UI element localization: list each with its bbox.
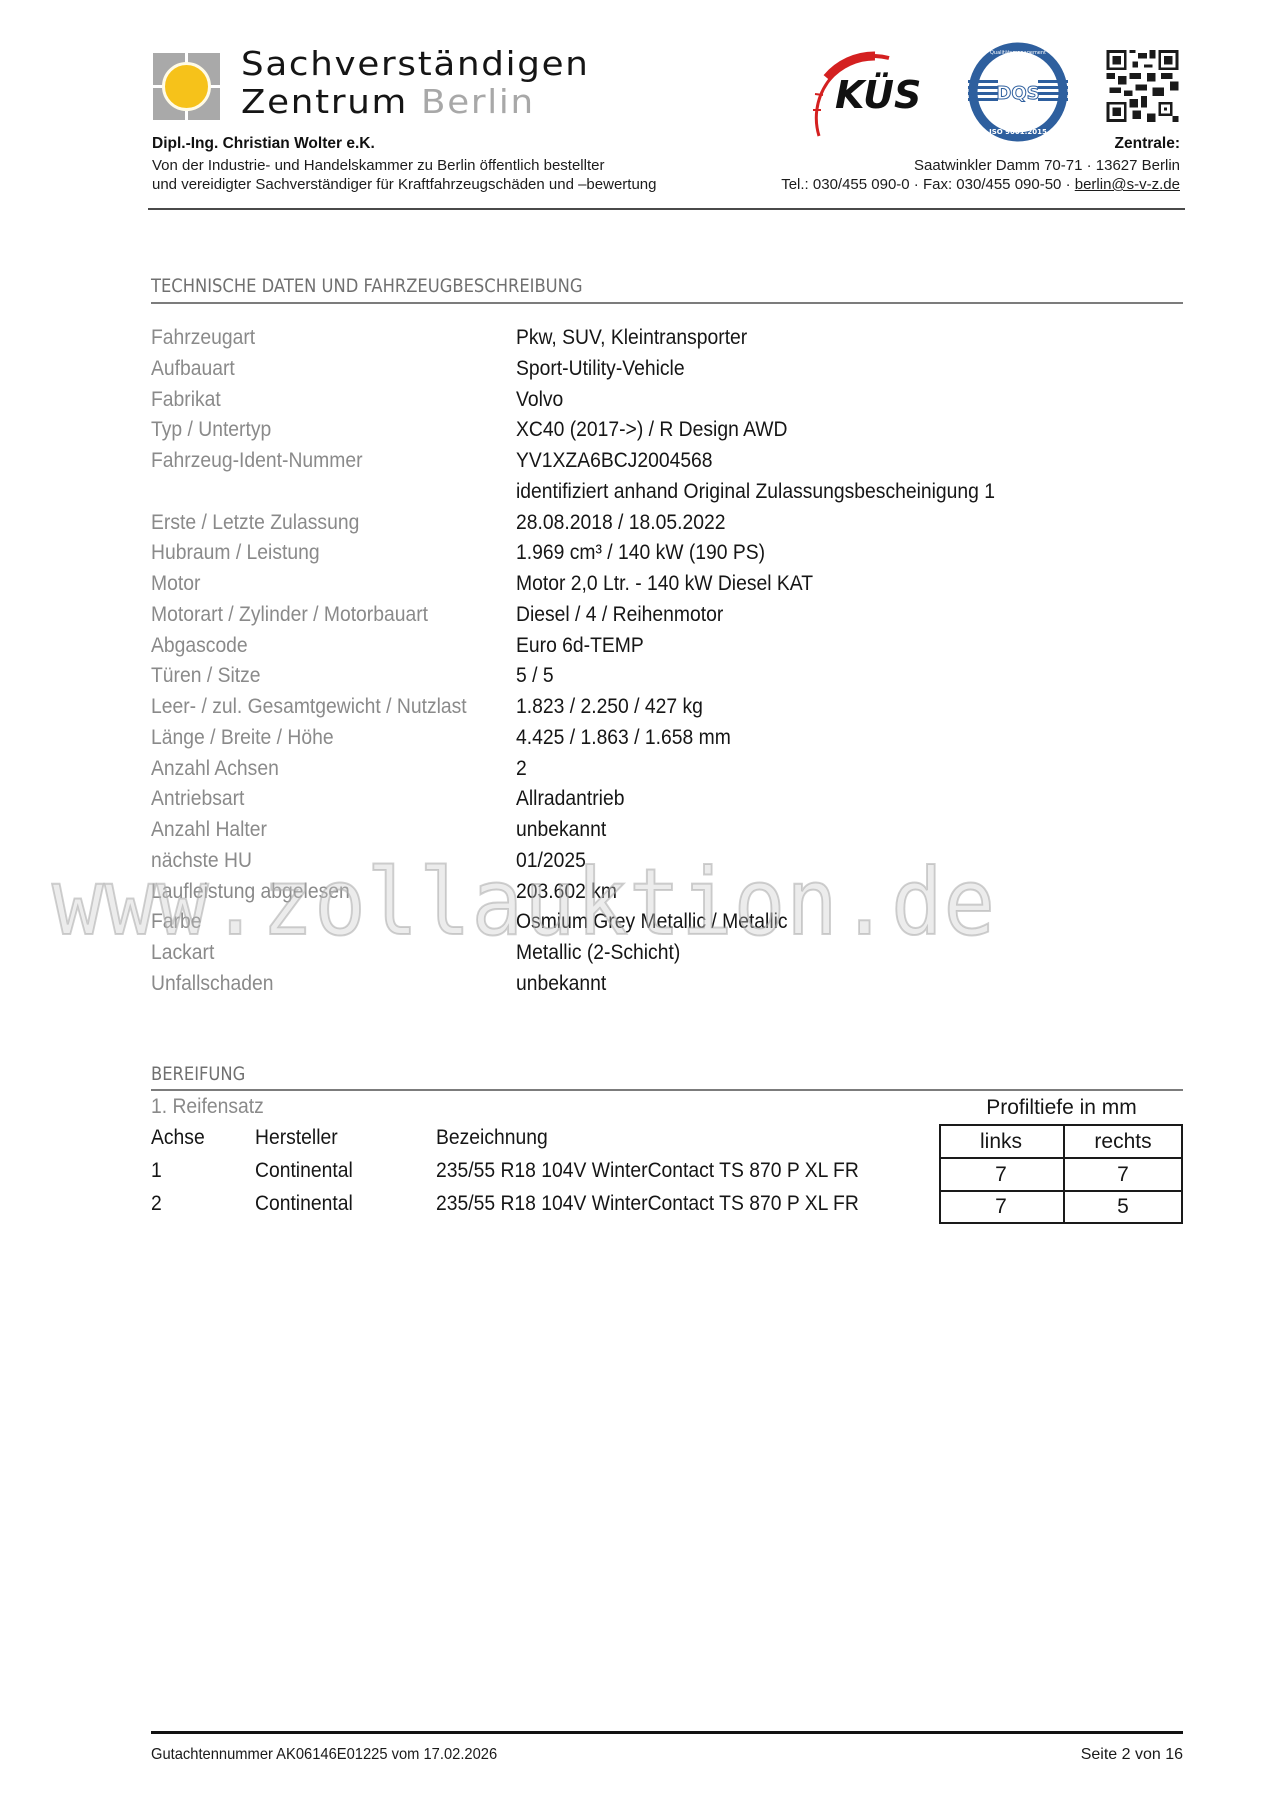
field-value: 1.969 cm³ / 140 kW (190 PS) (516, 539, 765, 567)
office-contact: Tel.: 030/455 090-0 · Fax: 030/455 090-5… (781, 176, 1180, 193)
field-value: 01/2025 (516, 847, 586, 875)
credential-line-1: Von der Industrie- und Handelskammer zu … (152, 157, 604, 174)
field-value: unbekannt (516, 970, 606, 998)
expert-name: Dipl.-Ing. Christian Wolter e.K. (152, 135, 375, 153)
field-value: XC40 (2017->) / R Design AWD (516, 416, 787, 444)
profile-depth-table: links rechts 7 7 7 5 (939, 1124, 1183, 1224)
field-value: Volvo (516, 386, 563, 414)
section-title-technical: TECHNISCHE DATEN UND FAHRZEUGBESCHREIBUN… (151, 275, 583, 297)
table-row: FahrzeugartPkw, SUV, Kleintransporter (151, 324, 1191, 352)
table-row: Türen / Sitze5 / 5 (151, 662, 1191, 690)
depth-left-axle-2: 7 (941, 1191, 1061, 1223)
field-label: Farbe (151, 908, 201, 936)
credential-line-2: und vereidigter Sachverständiger für Kra… (152, 176, 657, 193)
table-row: FarbeOsmium Grey Metallic / Metallic (151, 908, 1191, 936)
field-value: Allradantrieb (516, 785, 624, 813)
table-row: identifiziert anhand Original Zulassungs… (151, 478, 1191, 506)
section-divider (151, 1089, 1183, 1091)
field-value: 5 / 5 (516, 662, 554, 690)
col-header-axle: Achse (151, 1124, 205, 1152)
profile-depth-header: Profiltiefe in mm (940, 1094, 1183, 1122)
field-label: Fahrzeugart (151, 324, 255, 352)
email-link[interactable]: berlin@s-v-z.de (1075, 176, 1180, 193)
section-divider (151, 302, 1183, 304)
field-value: identifiziert anhand Original Zulassungs… (516, 478, 995, 506)
field-value: 28.08.2018 / 18.05.2022 (516, 509, 726, 537)
svg-text:DQS: DQS (996, 83, 1039, 104)
field-value: Diesel / 4 / Reihenmotor (516, 601, 723, 629)
field-label: Hubraum / Leistung (151, 539, 320, 567)
field-label: Anzahl Achsen (151, 755, 279, 783)
brand-name-zentrum: Zentrum (241, 82, 408, 121)
tyre-manufacturer: Continental (255, 1157, 353, 1185)
field-label: Abgascode (151, 632, 248, 660)
col-header-right: rechts (1063, 1126, 1183, 1158)
table-row: Hubraum / Leistung1.969 cm³ / 140 kW (19… (151, 539, 1191, 567)
brand-name-berlin: Berlin (421, 82, 535, 121)
field-label: Laufleistung abgelesen (151, 878, 350, 906)
field-value: Euro 6d-TEMP (516, 632, 644, 660)
page-number: Seite 2 von 16 (1081, 1746, 1183, 1764)
table-row: AntriebsartAllradantrieb (151, 785, 1191, 813)
field-value: 2 (516, 755, 527, 783)
tyre-manufacturer: Continental (255, 1190, 353, 1218)
kus-logo-icon: KÜS (805, 48, 945, 143)
depth-right-axle-2: 5 (1063, 1191, 1183, 1223)
section-title-tyres: BEREIFUNG (151, 1063, 245, 1085)
table-row: Anzahl Halterunbekannt (151, 816, 1191, 844)
field-value: Pkw, SUV, Kleintransporter (516, 324, 747, 352)
field-label: Typ / Untertyp (151, 416, 271, 444)
field-value: unbekannt (516, 816, 606, 844)
field-label: Antriebsart (151, 785, 244, 813)
table-row: Länge / Breite / Höhe4.425 / 1.863 / 1.6… (151, 724, 1191, 752)
field-label: Unfallschaden (151, 970, 273, 998)
table-row: Anzahl Achsen2 (151, 755, 1191, 783)
field-value: 1.823 / 2.250 / 427 kg (516, 693, 703, 721)
col-header-designation: Bezeichnung (436, 1124, 548, 1152)
depth-left-axle-1: 7 (941, 1159, 1061, 1191)
field-label: Lackart (151, 939, 214, 967)
table-row: Leer- / zul. Gesamtgewicht / Nutzlast1.8… (151, 693, 1191, 721)
table-row: MotorMotor 2,0 Ltr. - 140 kW Diesel KAT (151, 570, 1191, 598)
tyre-set-label: 1. Reifensatz (151, 1095, 264, 1119)
field-label: nächste HU (151, 847, 252, 875)
field-label: Motor (151, 570, 200, 598)
svz-logo-icon (153, 53, 220, 120)
field-value: 4.425 / 1.863 / 1.658 mm (516, 724, 731, 752)
table-row: nächste HU01/2025 (151, 847, 1191, 875)
phone-fax: Tel.: 030/455 090-0 · Fax: 030/455 090-5… (781, 176, 1075, 193)
table-row: Typ / UntertypXC40 (2017->) / R Design A… (151, 416, 1191, 444)
field-value: 203.602 km (516, 878, 617, 906)
table-row: Motorart / Zylinder / MotorbauartDiesel … (151, 601, 1191, 629)
svg-text:ISO 9001:2015: ISO 9001:2015 (989, 128, 1047, 136)
col-header-left: links (941, 1126, 1061, 1158)
office-label: Zentrale: (1115, 135, 1180, 153)
header-divider (148, 208, 1185, 210)
svg-text:KÜS: KÜS (835, 73, 921, 117)
tyre-designation: 235/55 R18 104V WinterContact TS 870 P X… (436, 1157, 859, 1185)
field-label: Anzahl Halter (151, 816, 267, 844)
tyre-designation: 235/55 R18 104V WinterContact TS 870 P X… (436, 1190, 859, 1218)
table-row: Unfallschadenunbekannt (151, 970, 1191, 998)
field-value: Motor 2,0 Ltr. - 140 kW Diesel KAT (516, 570, 813, 598)
footer-divider (151, 1731, 1183, 1734)
tyre-axle: 2 (151, 1190, 162, 1218)
field-value: Osmium Grey Metallic / Metallic (516, 908, 788, 936)
table-row: AbgascodeEuro 6d-TEMP (151, 632, 1191, 660)
field-value: YV1XZA6BCJ2004568 (516, 447, 713, 475)
qr-code-icon (1105, 50, 1180, 122)
table-row: Laufleistung abgelesen203.602 km (151, 878, 1191, 906)
tyre-axle: 1 (151, 1157, 162, 1185)
dqs-iso-logo-icon: DQS ISO 9001:2015 Qualitätsmanagement (968, 42, 1068, 142)
field-label: Länge / Breite / Höhe (151, 724, 334, 752)
report-number: Gutachtennummer AK06146E01225 vom 17.02.… (151, 1746, 497, 1764)
svg-text:Qualitätsmanagement: Qualitätsmanagement (990, 50, 1046, 56)
field-label: Motorart / Zylinder / Motorbauart (151, 601, 428, 629)
field-value: Metallic (2-Schicht) (516, 939, 680, 967)
field-label: Fahrzeug-Ident-Nummer (151, 447, 363, 475)
table-row: AufbauartSport-Utility-Vehicle (151, 355, 1191, 383)
field-label: Aufbauart (151, 355, 235, 383)
field-value: Sport-Utility-Vehicle (516, 355, 685, 383)
field-label: Erste / Letzte Zulassung (151, 509, 359, 537)
brand-name-line2: Zentrum Berlin (241, 84, 535, 120)
col-header-manufacturer: Hersteller (255, 1124, 338, 1152)
table-row: LackartMetallic (2-Schicht) (151, 939, 1191, 967)
depth-right-axle-1: 7 (1063, 1159, 1183, 1191)
field-label: Türen / Sitze (151, 662, 261, 690)
field-label: Leer- / zul. Gesamtgewicht / Nutzlast (151, 693, 467, 721)
field-label: Fabrikat (151, 386, 221, 414)
table-row: FabrikatVolvo (151, 386, 1191, 414)
brand-name-line1: Sachverständigen (241, 46, 590, 82)
table-row: Fahrzeug-Ident-NummerYV1XZA6BCJ2004568 (151, 447, 1191, 475)
office-address: Saatwinkler Damm 70-71 · 13627 Berlin (914, 157, 1180, 174)
table-row: Erste / Letzte Zulassung28.08.2018 / 18.… (151, 509, 1191, 537)
